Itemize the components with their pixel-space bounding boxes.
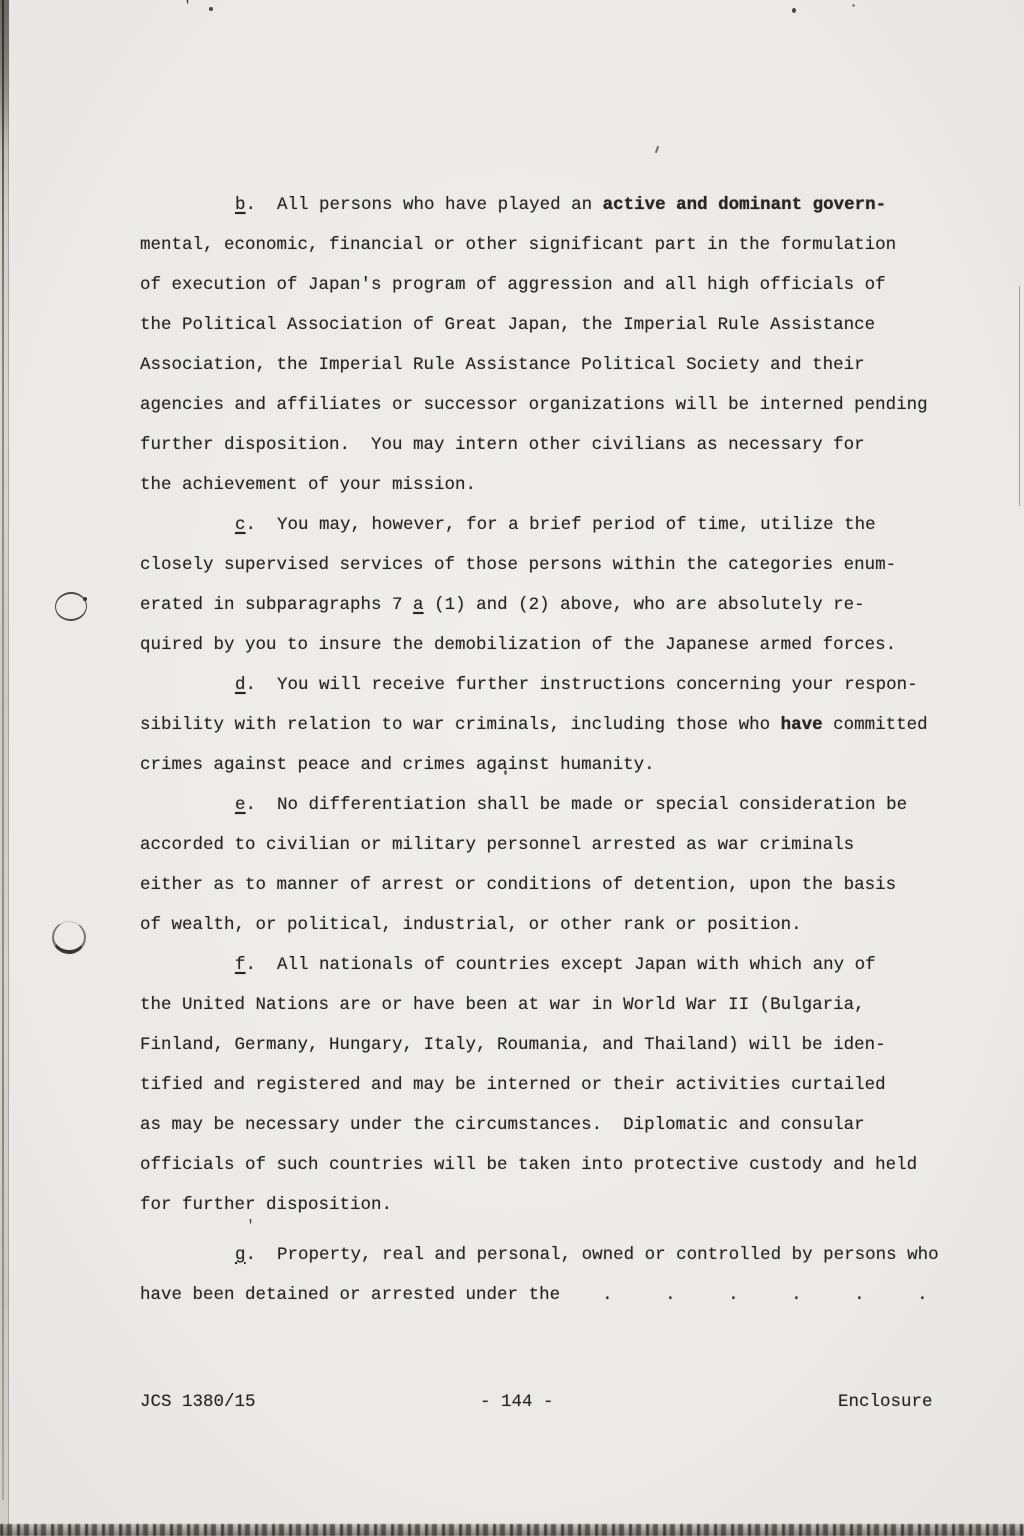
document-body: b. All persons who have played an active… xyxy=(140,185,950,1315)
paragraph-d-first-line: d. You will receive further instructions… xyxy=(140,665,950,705)
paragraph-f-line: officials of such countries will be take… xyxy=(140,1145,950,1185)
scan-artifact-right-line xyxy=(1019,286,1020,506)
paragraph-g-first-line: g. Property, real and personal, owned or… xyxy=(140,1235,950,1275)
paragraph-c-line: quired by you to insure the demobilizati… xyxy=(140,625,950,665)
paragraph-b-line: agencies and affiliates or successor org… xyxy=(140,385,950,425)
paragraph-b-line: further disposition. You may intern othe… xyxy=(140,425,950,465)
paragraph-b-line: Association, the Imperial Rule Assistanc… xyxy=(140,345,950,385)
paragraph-c-first-line: c. You may, however, for a brief period … xyxy=(140,505,950,545)
scan-speck xyxy=(792,8,796,13)
scan-speck xyxy=(852,4,855,7)
paragraph-b-line: the achievement of your mission. xyxy=(140,465,950,505)
paragraph-b-line: of execution of Japan's program of aggre… xyxy=(140,265,950,305)
page-footer: JCS 1380/15 - 144 - Enclosure xyxy=(0,1392,1024,1432)
scan-speck xyxy=(655,146,659,153)
paragraph-e-first-line: e. No differentiation shall be made or s… xyxy=(140,785,950,825)
paragraph-f-line: for further disposition. xyxy=(140,1185,950,1225)
paragraph-c-line: erated in subparagraphs 7 a (1) and (2) … xyxy=(140,585,950,625)
document-id: JCS 1380/15 xyxy=(140,1392,256,1412)
paragraph-label: d. xyxy=(235,675,256,695)
document-page: ' ' b. All persons who have played an ac… xyxy=(0,0,1024,1536)
paragraph-f-line: the United Nations are or have been at w… xyxy=(140,985,950,1025)
paragraph-e-line: of wealth, or political, industrial, or … xyxy=(140,905,950,945)
paragraph-c-line: closely supervised services of those per… xyxy=(140,545,950,585)
paragraph-f-first-line: f. All nationals of countries except Jap… xyxy=(140,945,950,985)
paragraph-f-line: as may be necessary under the circumstan… xyxy=(140,1105,950,1145)
paragraph-label: b. xyxy=(235,195,256,215)
paragraph-e-line: accorded to civilian or military personn… xyxy=(140,825,950,865)
page-edge-left-line xyxy=(2,0,4,1500)
paragraph-e-line: either as to manner of arrest or conditi… xyxy=(140,865,950,905)
page-edge-bottom xyxy=(0,1524,1024,1536)
paragraph-b-line: mental, economic, financial or other sig… xyxy=(140,225,950,265)
paragraph-d-line: sibility with relation to war criminals,… xyxy=(140,705,950,745)
enclosure-label: Enclosure xyxy=(838,1392,933,1412)
page-number: - 144 - xyxy=(480,1392,554,1412)
paragraph-b-first-line: b. All persons who have played an active… xyxy=(140,185,950,225)
paragraph-f-line: Finland, Germany, Hungary, Italy, Rouman… xyxy=(140,1025,950,1065)
paragraph-label: f. xyxy=(235,955,256,975)
paragraph-label: g. xyxy=(235,1245,256,1265)
paragraph-d-line: crimes against peace and crimes against … xyxy=(140,745,950,785)
paragraph-label: c. xyxy=(235,515,256,535)
pencil-dot-mark xyxy=(83,597,87,601)
scan-speck xyxy=(209,7,213,11)
paragraph-b-line: the Political Association of Great Japan… xyxy=(140,305,950,345)
paragraph-g-line: have been detained or arrested under the… xyxy=(140,1275,950,1315)
paragraph-f-line: tified and registered and may be interne… xyxy=(140,1065,950,1105)
paragraph-label: e. xyxy=(235,795,256,815)
scan-speck: ' xyxy=(183,2,192,12)
pencil-circle-mark-1 xyxy=(54,591,88,622)
pencil-circle-mark-2 xyxy=(51,920,87,955)
